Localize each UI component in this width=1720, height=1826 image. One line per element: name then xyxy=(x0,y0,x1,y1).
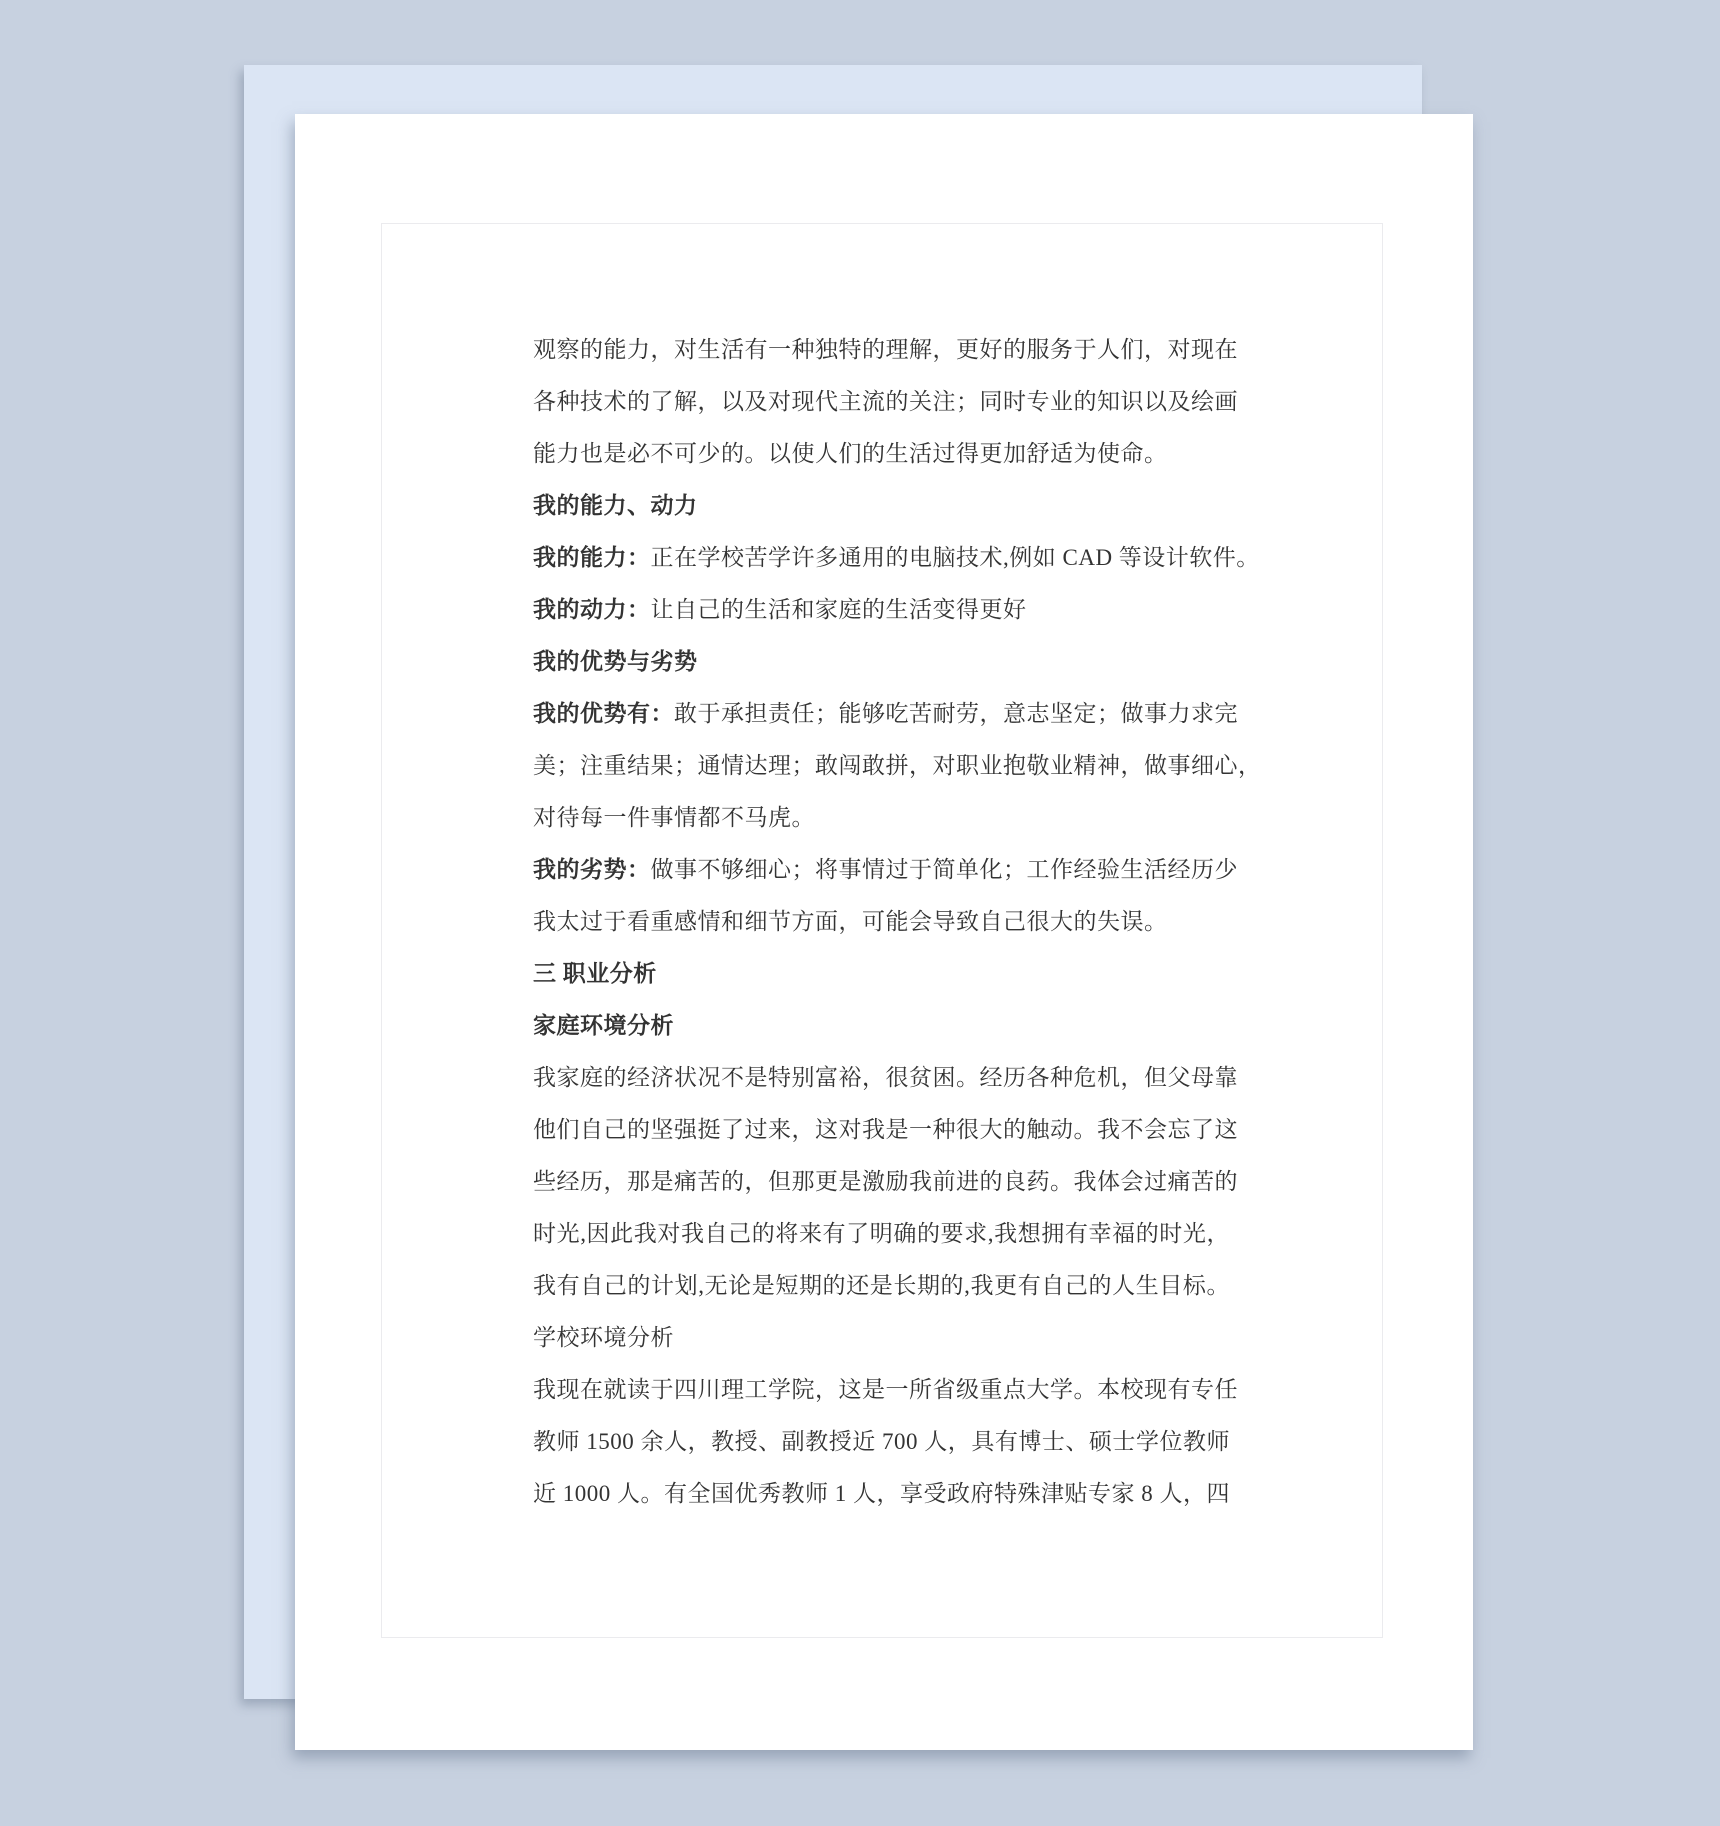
text-line: 我的劣势：做事不够细心；将事情过于简单化；工作经验生活经历少 xyxy=(533,844,1230,896)
text-line-regular: 我家庭的经济状况不是特别富裕，很贫困。经历各种危机，但父母靠 xyxy=(533,1065,1238,1090)
text-line-regular: 时光,因此我对我自己的将来有了明确的要求,我想拥有幸福的时光， xyxy=(533,1221,1230,1246)
text-line: 我的能力、动力 xyxy=(533,480,1230,532)
text-line-bold: 家庭环境分析 xyxy=(533,1013,674,1038)
text-line-regular: 让自己的生活和家庭的生活变得更好 xyxy=(651,597,1027,622)
document-page: 观察的能力，对生活有一种独特的理解，更好的服务于人们，对现在各种技术的了解，以及… xyxy=(295,114,1473,1750)
text-line-regular: 我现在就读于四川理工学院，这是一所省级重点大学。本校现有专任 xyxy=(533,1377,1238,1402)
text-line: 各种技术的了解，以及对现代主流的关注；同时专业的知识以及绘画 xyxy=(533,376,1230,428)
text-line-bold: 三 职业分析 xyxy=(533,961,657,986)
text-line: 近 1000 人。有全国优秀教师 1 人，享受政府特殊津贴专家 8 人，四 xyxy=(533,1468,1230,1520)
text-line-regular: 些经历，那是痛苦的，但那更是激励我前进的良药。我体会过痛苦的 xyxy=(533,1169,1238,1194)
text-line: 我的优势有：敢于承担责任；能够吃苦耐劳，意志坚定；做事力求完 xyxy=(533,688,1230,740)
text-line: 我有自己的计划,无论是短期的还是长期的,我更有自己的人生目标。 xyxy=(533,1260,1230,1312)
text-line: 些经历，那是痛苦的，但那更是激励我前进的良药。我体会过痛苦的 xyxy=(533,1156,1230,1208)
text-line-regular: 我太过于看重感情和细节方面，可能会导致自己很大的失误。 xyxy=(533,909,1168,934)
text-line-bold: 我的能力： xyxy=(533,545,651,570)
text-line-regular: 正在学校苦学许多通用的电脑技术,例如 CAD 等设计软件。 xyxy=(651,545,1260,570)
text-line: 我太过于看重感情和细节方面，可能会导致自己很大的失误。 xyxy=(533,896,1230,948)
text-block: 观察的能力，对生活有一种独特的理解，更好的服务于人们，对现在各种技术的了解，以及… xyxy=(533,324,1230,1520)
text-line: 我的能力：正在学校苦学许多通用的电脑技术,例如 CAD 等设计软件。 xyxy=(533,532,1230,584)
text-line: 时光,因此我对我自己的将来有了明确的要求,我想拥有幸福的时光， xyxy=(533,1208,1230,1260)
text-line-regular: 对待每一件事情都不马虎。 xyxy=(533,805,815,830)
text-line: 家庭环境分析 xyxy=(533,1000,1230,1052)
text-line-regular: 各种技术的了解，以及对现代主流的关注；同时专业的知识以及绘画 xyxy=(533,389,1238,414)
text-line: 学校环境分析 xyxy=(533,1312,1230,1364)
text-line: 我现在就读于四川理工学院，这是一所省级重点大学。本校现有专任 xyxy=(533,1364,1230,1416)
text-line-bold: 我的优势有： xyxy=(533,701,674,726)
canvas-background: { "colors": { "canvas": "#c7d1e0", "back… xyxy=(0,0,1720,1826)
text-line-regular: 学校环境分析 xyxy=(533,1325,674,1350)
text-line-regular: 他们自己的坚强挺了过来，这对我是一种很大的触动。我不会忘了这 xyxy=(533,1117,1238,1142)
text-line-bold: 我的优势与劣势 xyxy=(533,649,698,674)
text-line-regular: 能力也是必不可少的。以使人们的生活过得更加舒适为使命。 xyxy=(533,441,1168,466)
text-line-regular: 观察的能力，对生活有一种独特的理解，更好的服务于人们，对现在 xyxy=(533,337,1238,362)
text-line-bold: 我的能力、动力 xyxy=(533,493,698,518)
text-line: 他们自己的坚强挺了过来，这对我是一种很大的触动。我不会忘了这 xyxy=(533,1104,1230,1156)
text-line: 观察的能力，对生活有一种独特的理解，更好的服务于人们，对现在 xyxy=(533,324,1230,376)
text-line-bold: 我的动力： xyxy=(533,597,651,622)
text-line: 我的动力：让自己的生活和家庭的生活变得更好 xyxy=(533,584,1230,636)
text-line-regular: 敢于承担责任；能够吃苦耐劳，意志坚定；做事力求完 xyxy=(674,701,1238,726)
text-line: 我的优势与劣势 xyxy=(533,636,1230,688)
text-line-regular: 我有自己的计划,无论是短期的还是长期的,我更有自己的人生目标。 xyxy=(533,1273,1230,1298)
text-line: 能力也是必不可少的。以使人们的生活过得更加舒适为使命。 xyxy=(533,428,1230,480)
text-line: 教师 1500 余人，教授、副教授近 700 人，具有博士、硕士学位教师 xyxy=(533,1416,1230,1468)
text-line-regular: 美；注重结果；通情达理；敢闯敢拼，对职业抱敬业精神，做事细心， xyxy=(533,753,1262,778)
text-line-bold: 我的劣势： xyxy=(533,857,651,882)
text-line: 美；注重结果；通情达理；敢闯敢拼，对职业抱敬业精神，做事细心， xyxy=(533,740,1230,792)
text-line-regular: 做事不够细心；将事情过于简单化；工作经验生活经历少 xyxy=(651,857,1239,882)
text-line: 对待每一件事情都不马虎。 xyxy=(533,792,1230,844)
text-line-regular: 近 1000 人。有全国优秀教师 1 人，享受政府特殊津贴专家 8 人，四 xyxy=(533,1481,1230,1506)
text-line: 三 职业分析 xyxy=(533,948,1230,1000)
text-line: 我家庭的经济状况不是特别富裕，很贫困。经历各种危机，但父母靠 xyxy=(533,1052,1230,1104)
text-line-regular: 教师 1500 余人，教授、副教授近 700 人，具有博士、硕士学位教师 xyxy=(533,1429,1230,1454)
